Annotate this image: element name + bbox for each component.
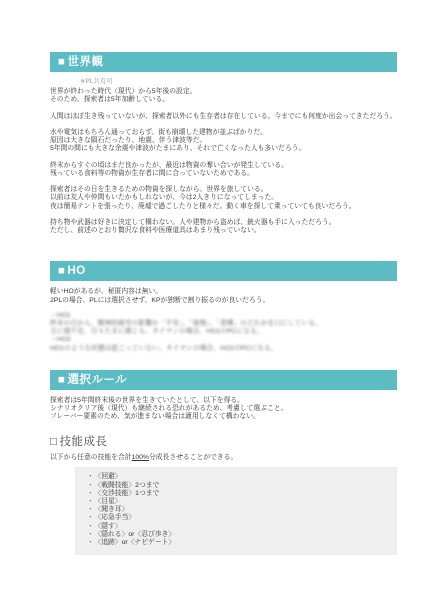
skill-list-box: ・〈回避〉 ・〈戦闘技能〉2つまで ・〈交渉技能〉1つまで ・〈目星〉 ・〈聞き… xyxy=(75,467,397,555)
redacted-text-line: ・HO1 xyxy=(50,312,397,320)
intro-percent-underlined: 100% xyxy=(132,454,149,461)
skill-name: 〈隠す〉 xyxy=(98,523,122,530)
redacted-text-line: 主に寝不足、日々たまに感じる。タイマンの場合、HO1のPCになる。 xyxy=(50,328,397,336)
redacted-text-line: ・HO2 xyxy=(50,336,397,344)
skill-name: 〈交渉技能〉1つまで xyxy=(98,490,160,497)
skill-list-item: ・〈交渉技能〉1つまで xyxy=(87,490,391,498)
bullet-dot-icon: ・ xyxy=(87,523,94,530)
ho-header: ■HO xyxy=(50,261,397,281)
redacted-text-line: HO1のような状態は起こっていない。タイマンの場合、HO2のPCになる。 xyxy=(50,345,397,353)
section-worldview: ■世界観 ※PL共有可 世界が終わった時代（現代）から5年後の設定。そのため、探… xyxy=(50,52,397,235)
skill-name: 〈戦闘技能〉2つまで xyxy=(98,482,160,489)
text-line: 夜は簡易テントを張ったり、廃墟で過ごしたりと様々だ。動く車を探して乗っていても良… xyxy=(50,203,397,211)
section-ho: ■HO 軽いHOがあるが、秘匿内容は無い。2PLの場合、PLには選択させず、KP… xyxy=(50,261,397,352)
bullet-dot-icon: ・ xyxy=(87,514,94,521)
pl-share-note: ※PL共有可 xyxy=(80,78,397,86)
bullet-dot-icon: ・ xyxy=(87,539,94,546)
text-line xyxy=(50,154,397,162)
skill-name: 〈隠れる〉or〈忍び歩き〉 xyxy=(98,531,175,538)
text-line: 持ち物や武器は好きに決定して構わない。人や建物から盗めば、銃火器も手に入っただろ… xyxy=(50,219,397,227)
skill-growth-intro: 以下から任意の技能を合計100%分成長させることができる。 xyxy=(50,454,397,462)
text-line xyxy=(50,104,397,112)
skill-list-item: ・〈隠す〉 xyxy=(87,523,391,531)
skill-name: 〈聞き耳〉 xyxy=(98,506,129,513)
text-line: 人間はほぼ生き残っていないが、探索者以外にも生存者は存在している。今までにも何度… xyxy=(50,113,397,121)
text-line: シナリオクリア後（現代）も継続される恐れがあるため、考慮して選ぶこと。 xyxy=(50,405,397,413)
square-bullet-icon: ■ xyxy=(58,265,65,277)
text-line: そのため、探索者は5年加齢している。 xyxy=(50,96,397,104)
skill-list-item: ・〈追跡〉or〈ナビゲート〉 xyxy=(87,539,391,547)
skill-list-item: ・〈目星〉 xyxy=(87,498,391,506)
text-line: 残っている食料等の物資が生存者に間に合っていないためである。 xyxy=(50,170,397,178)
skill-name: 〈回避〉 xyxy=(98,473,122,480)
bullet-dot-icon: ・ xyxy=(87,490,94,497)
bullet-dot-icon: ・ xyxy=(87,482,94,489)
bullet-dot-icon: ・ xyxy=(87,531,94,538)
skill-list-item: ・〈応急手当〉 xyxy=(87,514,391,522)
text-line: 水や電気はもちろん通っておらず、街も崩壊した建物が並ぶばかりだ。 xyxy=(50,129,397,137)
bullet-dot-icon: ・ xyxy=(87,498,94,505)
text-line: 軽いHOがあるが、秘匿内容は無い。 xyxy=(50,288,397,296)
open-square-bullet-icon: □ xyxy=(50,436,57,448)
square-bullet-icon: ■ xyxy=(58,56,65,68)
text-line: 世界が終わった時代（現代）から5年後の設定。 xyxy=(50,88,397,96)
text-line: 以前は友人や仲間もいたかもしれないが、今は2人きりになってしまった。 xyxy=(50,194,397,202)
rules-header: ■選択ルール xyxy=(50,370,397,390)
skill-name: 〈応急手当〉 xyxy=(98,514,135,521)
text-line xyxy=(50,121,397,129)
text-line: 終末からすぐの頃はまだ良かったが、最近は物資の奪い合いが発生している。 xyxy=(50,162,397,170)
skill-list-item: ・〈戦闘技能〉2つまで xyxy=(87,482,391,490)
skill-growth-subheader: □技能成長 xyxy=(50,435,397,449)
rules-paragraphs: 探索者は5年間終末後の世界を生きていたとして、以下を得る。シナリオクリア後（現代… xyxy=(50,397,397,422)
text-line: 5年間の間にも大きな余震や津波がたまにあり、それで亡くなった人も多いだろう。 xyxy=(50,145,397,153)
bullet-dot-icon: ・ xyxy=(87,473,94,480)
ho-redacted-lines: ・HO1終末の日から、精神的疲労の影響か「不安」、「後悔」、「悲嘆」のどれかを口… xyxy=(50,312,397,353)
skill-name: 〈目星〉 xyxy=(98,498,122,505)
skill-list-item: ・〈隠れる〉or〈忍び歩き〉 xyxy=(87,531,391,539)
text-line: 探索者は5年間終末後の世界を生きていたとして、以下を得る。 xyxy=(50,397,397,405)
intro-suffix: 分成長させることができる。 xyxy=(149,454,237,461)
skill-name: 〈追跡〉or〈ナビゲート〉 xyxy=(98,539,175,546)
worldview-title: 世界観 xyxy=(67,56,103,68)
worldview-header: ■世界観 xyxy=(50,52,397,72)
ho-paragraphs: 軽いHOがあるが、秘匿内容は無い。2PLの場合、PLには選択させず、KPが独断で… xyxy=(50,288,397,304)
square-bullet-icon: ■ xyxy=(58,374,65,386)
worldview-paragraphs: 世界が終わった時代（現代）から5年後の設定。そのため、探索者は5年加齢している。… xyxy=(50,88,397,235)
bullet-dot-icon: ・ xyxy=(87,506,94,513)
text-line xyxy=(50,211,397,219)
ho-title: HO xyxy=(67,265,85,277)
text-line: ただし、前述のとおり贅沢な食料や医療道具はあまり残っていない。 xyxy=(50,227,397,235)
skill-list-item: ・〈回避〉 xyxy=(87,473,391,481)
skill-growth-title: 技能成長 xyxy=(59,436,107,448)
text-line: 2PLの場合、PLには選択させず、KPが独断で割り振るのが良いだろう。 xyxy=(50,297,397,305)
rules-title: 選択ルール xyxy=(67,374,127,386)
redacted-text-line: 終末の日から、精神的疲労の影響か「不安」、「後悔」、「悲嘆」のどれかを口にしてい… xyxy=(50,320,397,328)
intro-prefix: 以下から任意の技能を合計 xyxy=(50,454,132,461)
document-page: ■世界観 ※PL共有可 世界が終わった時代（現代）から5年後の設定。そのため、探… xyxy=(0,0,447,604)
text-line: フレーバー要素のため、気が進まない場合は適用しなくて構わない。 xyxy=(50,413,397,421)
section-optional-rules: ■選択ルール 探索者は5年間終末後の世界を生きていたとして、以下を得る。シナリオ… xyxy=(50,370,397,555)
